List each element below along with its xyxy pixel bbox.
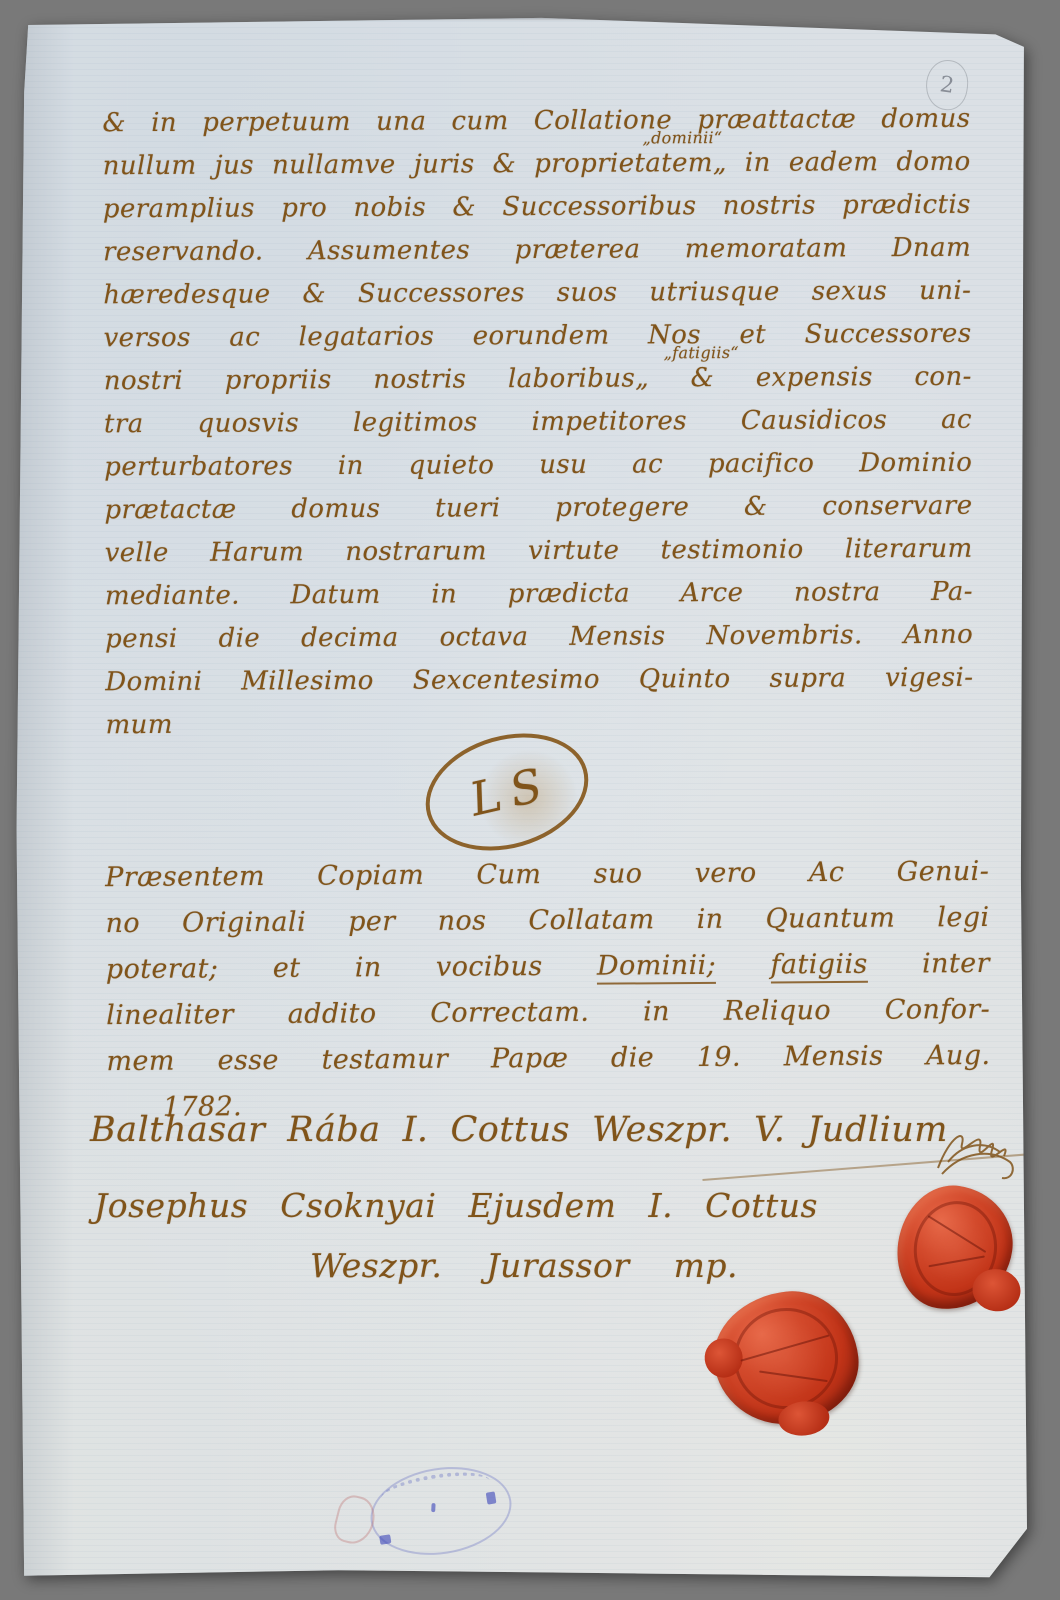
- text-line-content: mem esse testamur Papæ die 19. Mensis Au…: [106, 1040, 990, 1077]
- text-line: & in perpetuum una cum Collatione præatt…: [102, 98, 970, 146]
- text-line: prætactæ domus tueri protegere & conserv…: [104, 485, 972, 533]
- text-line-content: no Originali per nos Collatam in Quantum…: [105, 902, 989, 939]
- faint-red-mark: [331, 1492, 379, 1548]
- archive-stamp-text-arc: [379, 1466, 492, 1513]
- text-line-content: Præsentem Copiam Cum suo vero Ac Genui-: [105, 856, 989, 893]
- archive-stamp-ink-dot: [379, 1534, 391, 1545]
- text-line: nostri propriis nostris laboribus„ & exp…: [104, 356, 972, 404]
- text-line-content: linealiter addito Correctam. in Reliquo …: [106, 994, 990, 1031]
- underlined-word-dominii: Dominii;: [597, 950, 716, 985]
- text-line-content: nullum jus nullamve juris & proprietatem…: [103, 147, 971, 182]
- interlinear-insertion-fatigiis: „fatigiis“: [664, 345, 739, 361]
- text-line: mediante. Datum in prædicta Arce nostra …: [105, 571, 973, 619]
- attestation-line: linealiter addito Correctam. in Reliquo …: [106, 987, 990, 1039]
- text-line-content: prætactæ domus tueri protegere & conserv…: [104, 491, 972, 526]
- text-line: versos ac legatarios eorundem Nos et Suc…: [103, 313, 971, 361]
- text-line-content: perturbatores in quieto usu ac pacifico …: [104, 448, 972, 483]
- text-line: perturbatores in quieto usu ac pacifico …: [104, 442, 972, 490]
- paper-shadow-wrap: 2 & in perpetuum una cum Collatione præa…: [0, 0, 1060, 1600]
- signature-jurassor-line: Weszpr. Jurassor mp.: [310, 1246, 738, 1285]
- signature-text: Josephus Csoknyai Ejusdem I. Cottus: [94, 1186, 818, 1225]
- text-line-content: hæredesque & Successores suos utriusque …: [103, 276, 971, 311]
- text-line: pensi die decima octava Mensis Novembris…: [105, 614, 973, 662]
- archive-stamp-ink-dot: [431, 1503, 435, 1512]
- attestation-line: Præsentem Copiam Cum suo vero Ac Genui-: [105, 849, 989, 901]
- text-line-content: mum: [106, 710, 173, 740]
- archive-stamp-oval: [364, 1457, 518, 1564]
- text-line-content: Domini Millesimo Sexcentesimo Quinto sup…: [105, 663, 973, 698]
- text-line-content: nostri propriis nostris laboribus„ & exp…: [104, 362, 972, 397]
- locus-sigilli-mark: LS: [457, 756, 557, 829]
- text-line: reservando. Assumentes præterea memorata…: [103, 227, 971, 275]
- signature-text: Balthasar Rába I. Cottus Weszpr. V. Judl…: [90, 1110, 948, 1150]
- signature-text: Weszpr. Jurassor mp.: [310, 1246, 738, 1285]
- text-line: peramplius pro nobis & Successoribus nos…: [103, 184, 971, 232]
- text-line: hæredesque & Successores suos utriusque …: [103, 270, 971, 318]
- text-line-content: versos ac legatarios eorundem Nos et Suc…: [103, 319, 971, 354]
- attestation-line: mem esse testamur Papæ die 19. Mensis Au…: [106, 1033, 990, 1085]
- text-line-content: poterat; et in vocibus: [106, 951, 597, 985]
- text-line-content: reservando. Assumentes præterea memorata…: [103, 233, 971, 268]
- text-line-content: tra quosvis legitimos impetitores Causid…: [104, 405, 972, 440]
- wax-seal-upper-right: [890, 1179, 1020, 1318]
- underlined-word-fatigiis: fatigiis: [770, 949, 867, 984]
- text-line-content: inter: [868, 948, 990, 980]
- text-line: tra quosvis legitimos impetitores Causid…: [104, 399, 972, 447]
- text-line: nullum jus nullamve juris & proprietatem…: [103, 141, 971, 189]
- text-line-content: peramplius pro nobis & Successoribus nos…: [103, 190, 971, 225]
- manuscript-page: 2 & in perpetuum una cum Collatione præa…: [14, 14, 1028, 1582]
- signature-josephus-csoknyai: Josephus Csoknyai Ejusdem I. Cottus: [94, 1186, 818, 1225]
- main-text-block: & in perpetuum una cum Collatione præatt…: [102, 98, 973, 748]
- text-line-content: velle Harum nostrarum virtute testimonio…: [105, 534, 973, 569]
- attestation-block: Præsentem Copiam Cum suo vero Ac Genui- …: [105, 849, 991, 1131]
- photograph-background: 2 & in perpetuum una cum Collatione præa…: [0, 0, 1060, 1600]
- text-line: velle Harum nostrarum virtute testimonio…: [105, 528, 973, 576]
- paper-top-edge-shadow: [14, 14, 1028, 21]
- text-line: Domini Millesimo Sexcentesimo Quinto sup…: [105, 657, 973, 705]
- interlinear-insertion-dominii: „dominii“: [642, 130, 722, 146]
- attestation-line: no Originali per nos Collatam in Quantum…: [105, 895, 989, 947]
- attestation-line: poterat; et in vocibus Dominii; fatigiis…: [106, 941, 990, 993]
- signature-balthasar-raba: Balthasar Rába I. Cottus Weszpr. V. Judl…: [90, 1110, 948, 1150]
- text-line-content: & in perpetuum una cum Collatione præatt…: [102, 104, 970, 139]
- wax-seal-lower-left: [707, 1285, 864, 1431]
- pencil-page-number: 2: [938, 72, 955, 99]
- archive-stamp-ink-dot: [486, 1491, 497, 1504]
- paper-left-edge-shade: [14, 14, 74, 1582]
- text-line-content: mediante. Datum in prædicta Arce nostra …: [105, 577, 973, 612]
- text-line-content: [716, 949, 771, 980]
- text-line-content: pensi die decima octava Mensis Novembris…: [105, 620, 973, 655]
